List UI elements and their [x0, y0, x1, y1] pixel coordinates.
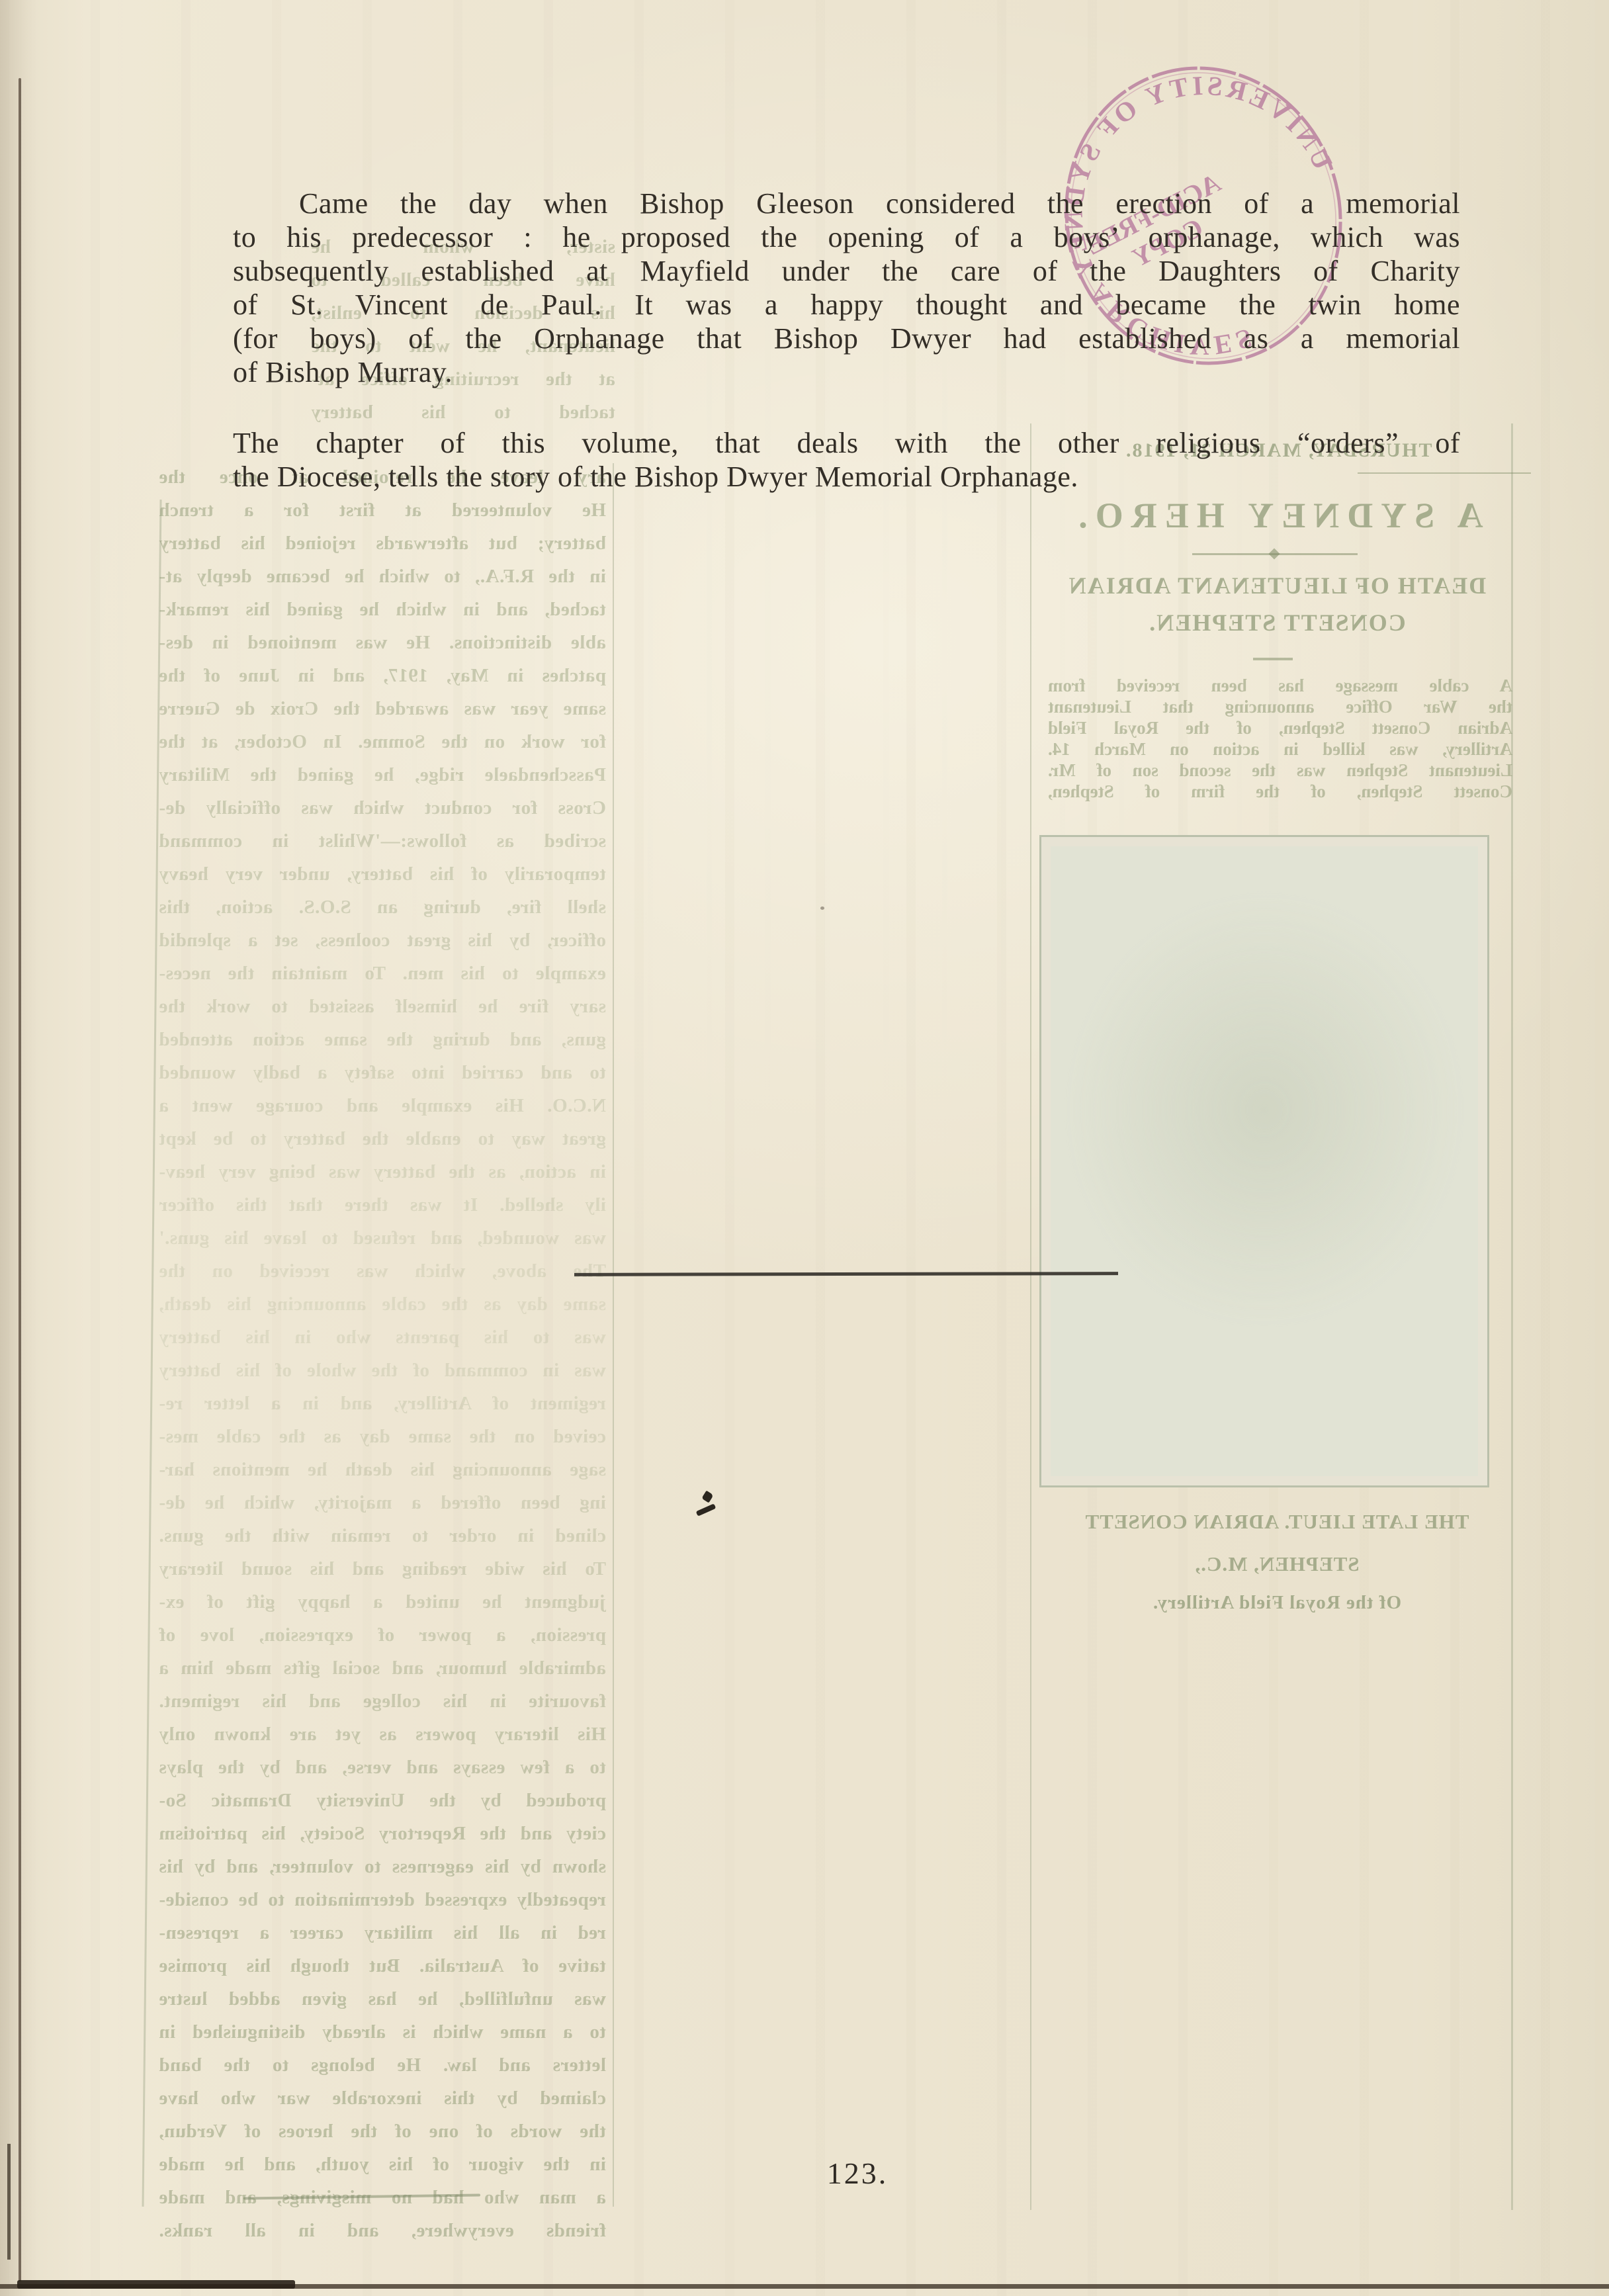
- ghost-text-line: To his wide reading and his sound litera…: [159, 1552, 606, 1585]
- ghost-text-line: pression, a power of expression, love of: [159, 1618, 606, 1652]
- ghost-caption-line1: THE LATE LIEUT. ADRIAN CONSETT: [1045, 1510, 1508, 1534]
- ghost-text-line: The above, which was received on the: [159, 1255, 606, 1288]
- ghost-text-line: ceived on the same day as the cable mes-: [159, 1420, 606, 1453]
- ghost-subhead2-text: CONSETT STEPHEN.: [1148, 609, 1405, 636]
- ghost-text-line: shell fire, during an S.O.S. action, thi…: [159, 891, 606, 924]
- text-line: of St. Vincent de Paul. It was a happy t…: [233, 288, 1460, 322]
- ghost-text-line: battery; but afterwards rejoined his bat…: [159, 527, 606, 560]
- ghost-text-line: was to his parents who in his battery: [159, 1321, 606, 1354]
- ghost-text-line: was wounded, and refused to leave his gu…: [159, 1221, 606, 1255]
- ghost-text-line: was unfulfilled, he has given added lust…: [159, 1982, 606, 2015]
- ghost-text-line: able distinctions. He was mentioned in d…: [159, 626, 606, 659]
- ghost-text-line: ing been offered a majority, which he de…: [159, 1486, 606, 1519]
- ghost-text-line: patches in May, 1917, and in June of the: [159, 659, 606, 692]
- ghost-text-line: temporarily of his battery, under very h…: [159, 858, 606, 891]
- ghost-caption3-text: Of the Royal Field Artillery.: [1152, 1592, 1401, 1613]
- ghost-text-line: friends everywhere, and in all ranks.: [159, 2214, 606, 2247]
- ghost-lede: A cable message has been received fromth…: [1048, 675, 1512, 802]
- ghost-text-line: tached, and in which he gained his remar…: [159, 593, 606, 626]
- ghost-text-line: letters and law. He belongs to the band: [159, 2049, 606, 2082]
- ghost-text-line: His literary powers as yet are known onl…: [159, 1718, 606, 1751]
- ghost-text-line: repeatedly expressed determination to be…: [159, 1883, 606, 1916]
- ghost-text-line: Lieutenant Stephen was the second son of…: [1048, 760, 1512, 781]
- ghost-text-line: Passchendaele ridge, he gained the Milit…: [159, 758, 606, 791]
- ghost-text-line: ciety and the Repertory Society, his pat…: [159, 1817, 606, 1850]
- text-line: to his predecessor : he proposed the ope…: [233, 220, 1460, 254]
- ghost-text-line: produced by the University Dramatic So-: [159, 1784, 606, 1817]
- ghost-text-line: Adrian Consett Stephen, of the Royal Fie…: [1048, 717, 1512, 738]
- ghost-text-line: in action, as the battery was being very…: [159, 1155, 606, 1188]
- ghost-text-line: He volunteered at first for a trench: [159, 494, 606, 527]
- ghost-text-line: for work on the Somme. In October, at th…: [159, 725, 606, 758]
- ghost-text-line: example to his men. To maintain the nece…: [159, 957, 606, 990]
- text-line: Came the day when Bishop Gleeson conside…: [233, 187, 1460, 220]
- text-line: (for boys) of the Orphanage that Bishop …: [233, 322, 1460, 355]
- ghost-text-line: in the vigour of his youth, and he made: [159, 2148, 606, 2181]
- ghost-column-rule-right: [613, 463, 614, 2207]
- ghost-subhead-line2: CONSETT STEPHEN.: [1045, 609, 1508, 637]
- page-number: 123.: [758, 2156, 957, 2191]
- ghost-text-line: tached to his battery: [311, 396, 615, 429]
- ghost-text-line: tative of Australia. But though his prom…: [159, 1949, 606, 1982]
- page-number-text: 123.: [827, 2156, 889, 2190]
- spine-line-lower: [7, 2144, 11, 2260]
- ghost-text-line: Consett Stephen, of the firm of Stephen,: [1048, 781, 1512, 802]
- ghost-text-line: Cross for conduct which was officially d…: [159, 791, 606, 824]
- ghost-text-line: admirable humour, and social gifts made …: [159, 1652, 606, 1685]
- ghost-text-line: sage announcing his death he mentions ha…: [159, 1453, 606, 1486]
- ghost-text-line: shown by his eagerness to volunteer, and…: [159, 1850, 606, 1883]
- ghost-caption-line3: Of the Royal Field Artillery.: [1045, 1592, 1508, 1614]
- ghost-text-line: great way to enable the battery to be ke…: [159, 1122, 606, 1155]
- ghost-text-line: judgment he united a happy gift of ex-: [159, 1585, 606, 1618]
- ghost-text-line: officer, by his great coolness, set a sp…: [159, 924, 606, 957]
- ghost-subhead-line1: DEATH OF LIEUTENANT ADRIAN: [1045, 572, 1508, 599]
- text-line: The chapter of this volume, that deals w…: [233, 426, 1460, 460]
- paragraph-1: Came the day when Bishop Gleeson conside…: [233, 187, 1460, 389]
- ghost-text-line: red in all his military career a represe…: [159, 1916, 606, 1949]
- ghost-text-line: scribed as follows:—'Whilst in command: [159, 824, 606, 858]
- ghost-text-line: the War Office announcing that Lieutenan…: [1048, 696, 1512, 717]
- ghost-headline: A SYDNEY HERO.: [1045, 495, 1508, 536]
- ghost-left-column-text: ary leave he rejoined at once theHe volu…: [159, 461, 606, 2247]
- ghost-caption2-text: STEPHEN, M.C.,: [1194, 1552, 1359, 1575]
- ghost-headline-text: A SYDNEY HERO.: [1070, 496, 1483, 535]
- ghost-text-line: same year was awarded the Croix de Guerr…: [159, 692, 606, 725]
- ghost-text-line: in the R.F.A., to which he became deeply…: [159, 560, 606, 593]
- ghost-subhead1-text: DEATH OF LIEUTENANT ADRIAN: [1068, 572, 1486, 599]
- ghost-text-line: favourite in his college and his regimen…: [159, 1685, 606, 1718]
- bottom-edge-dark-segment: [17, 2280, 295, 2289]
- ghost-text-line: claimed by this inexorable war who have: [159, 2082, 606, 2115]
- ghost-text-line: regiment of Artillery, and in a letter r…: [159, 1387, 606, 1420]
- ink-speck: [820, 906, 824, 910]
- spine-line: [19, 78, 21, 2281]
- ghost-text-line: the words of one of the heroes of Verdun…: [159, 2115, 606, 2148]
- ghost-text-line: to a few essays and verse, and by the pl…: [159, 1751, 606, 1784]
- ghost-text-line: to and carried into safety a badly wound…: [159, 1056, 606, 1089]
- ghost-text-line: sary fire he himself assisted to work th…: [159, 990, 606, 1023]
- ghost-text-line: N.C.O. His example and courage went a: [159, 1089, 606, 1122]
- text-line: the Diocese, tells the story of the Bish…: [233, 460, 1460, 494]
- paragraph-2: The chapter of this volume, that deals w…: [233, 426, 1460, 494]
- ghost-text-line: guns, and during the same action attende…: [159, 1023, 606, 1056]
- ghost-text-line: was in command of the whole of his batte…: [159, 1354, 606, 1387]
- text-line: of Bishop Murray.: [233, 355, 1460, 389]
- ghost-caption1-text: THE LATE LIEUT. ADRIAN CONSETT: [1085, 1510, 1469, 1533]
- ghost-text-line: ily shelled. It was there that this offi…: [159, 1188, 606, 1221]
- ghost-text-line: same day as the cable announcing his dea…: [159, 1288, 606, 1321]
- ghost-portrait-photo: [1039, 835, 1489, 1487]
- ghost-text-line: clined in order to remain with the guns.: [159, 1519, 606, 1552]
- ghost-mini-rule: [1253, 658, 1293, 660]
- ghost-text-line: Artillery, was killed in action on March…: [1048, 738, 1512, 760]
- ghost-text-line: to a name which is already distinguished…: [159, 2015, 606, 2049]
- text-line: subsequently established at Mayfield und…: [233, 254, 1460, 288]
- ghost-right-column-rule-left: [1030, 423, 1031, 2210]
- ghost-caption-line2: STEPHEN, M.C.,: [1045, 1552, 1508, 1576]
- ghost-text-line: A cable message has been received from: [1048, 675, 1512, 696]
